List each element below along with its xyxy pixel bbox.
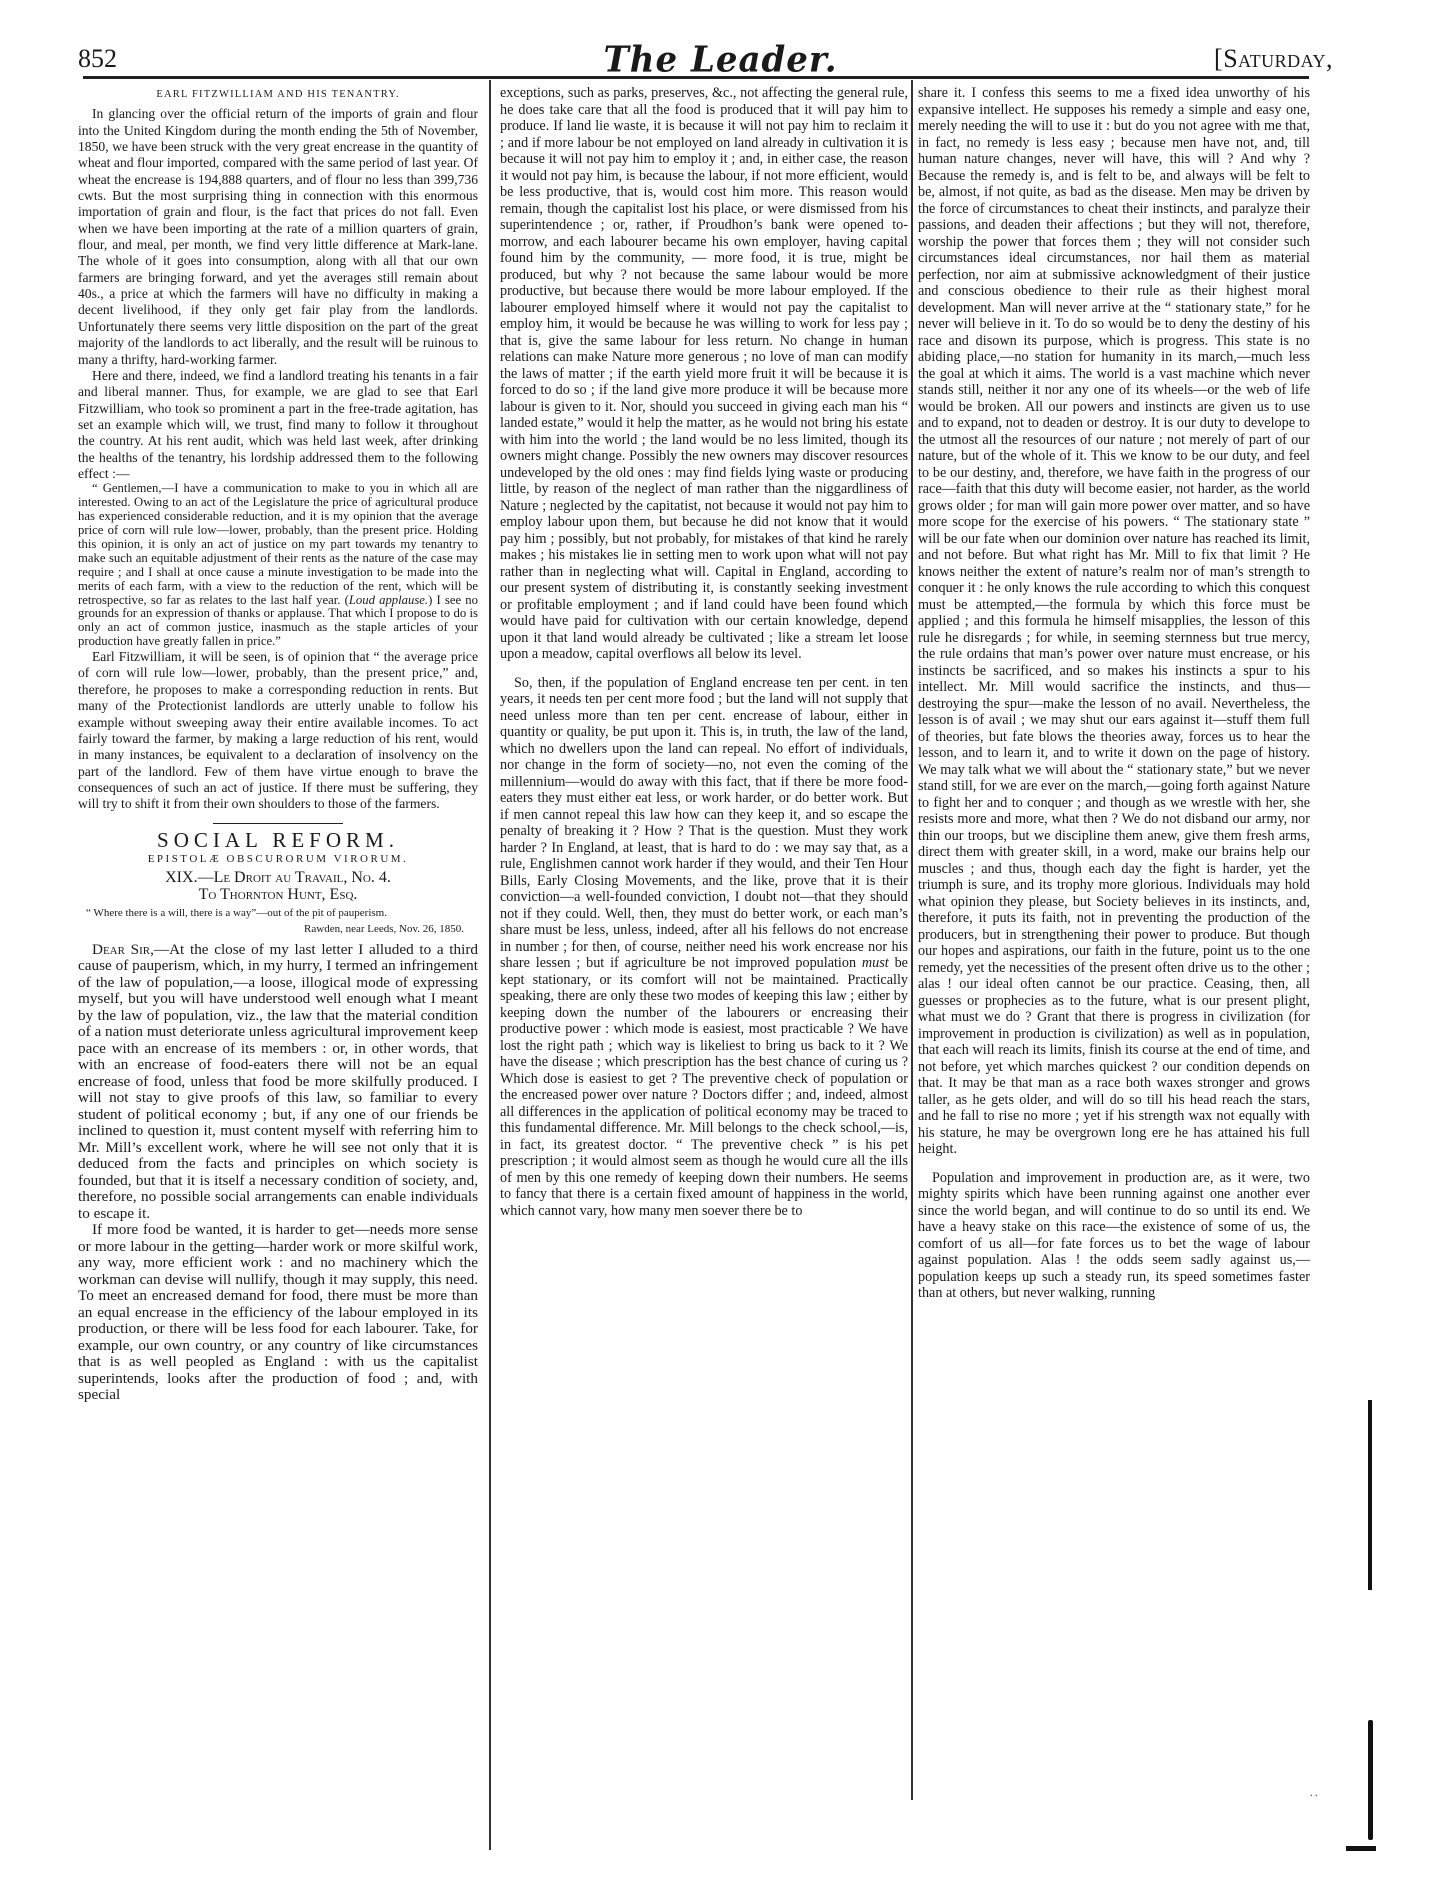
dateline: [Saturday, — [1214, 44, 1333, 74]
column-divider — [911, 80, 913, 1800]
section-title: SOCIAL REFORM. — [78, 832, 478, 848]
column-2: exceptions, such as parks, preserves, &c… — [500, 85, 908, 1219]
article-paragraph: In glancing over the official return of … — [78, 106, 478, 368]
section-subtitle: EPISTOLÆ OBSCURORUM VIRORUM. — [78, 851, 478, 867]
article-paragraph: Earl Fitzwilliam, it will be seen, is of… — [78, 649, 478, 812]
quoted-speech: “ Gentlemen,—I have a communication to m… — [78, 482, 478, 649]
letter-paragraph: So, then, if the population of England e… — [500, 675, 908, 1220]
scan-edge-mark — [1346, 1846, 1376, 1851]
place-date: Rawden, near Leeds, Nov. 26, 1850. — [78, 921, 464, 937]
column-divider — [489, 80, 491, 1850]
letter-paragraph: If more food be wanted, it is harder to … — [78, 1222, 478, 1404]
letter-paragraph: exceptions, such as parks, preserves, &c… — [500, 85, 908, 663]
header-rule — [83, 76, 1309, 79]
scan-edge-mark — [1368, 1720, 1373, 1840]
scan-edge-mark — [1368, 1400, 1372, 1590]
letter-number: XIX.—Le Droit au Travail, No. 4. — [78, 870, 478, 886]
italic-aside: Loud applause. — [349, 593, 428, 607]
margin-dots: . . — [1310, 1788, 1318, 1799]
column-1: EARL FITZWILLIAM AND HIS TENANTRY. In gl… — [78, 85, 478, 1404]
letter-paragraph: share it. I confess this seems to me a f… — [918, 85, 1310, 1158]
letter-addressee: To Thornton Hunt, Esq. — [78, 887, 478, 903]
article-paragraph: Here and there, indeed, we find a landlo… — [78, 368, 478, 482]
article-heading: EARL FITZWILLIAM AND HIS TENANTRY. — [78, 87, 478, 103]
letter-paragraph: Population and improvement in production… — [918, 1170, 1310, 1302]
column-3: share it. I confess this seems to me a f… — [918, 85, 1310, 1302]
section-separator — [213, 823, 343, 825]
letter-paragraph: Dear Sir,—At the close of my last letter… — [78, 942, 478, 1223]
emphasis: must — [862, 955, 889, 971]
letter-body: Dear Sir,—At the close of my last letter… — [78, 942, 478, 1404]
epigraph: “ Where there is a will, there is a way”… — [78, 907, 478, 920]
salutation: Dear Sir, — [92, 941, 154, 958]
